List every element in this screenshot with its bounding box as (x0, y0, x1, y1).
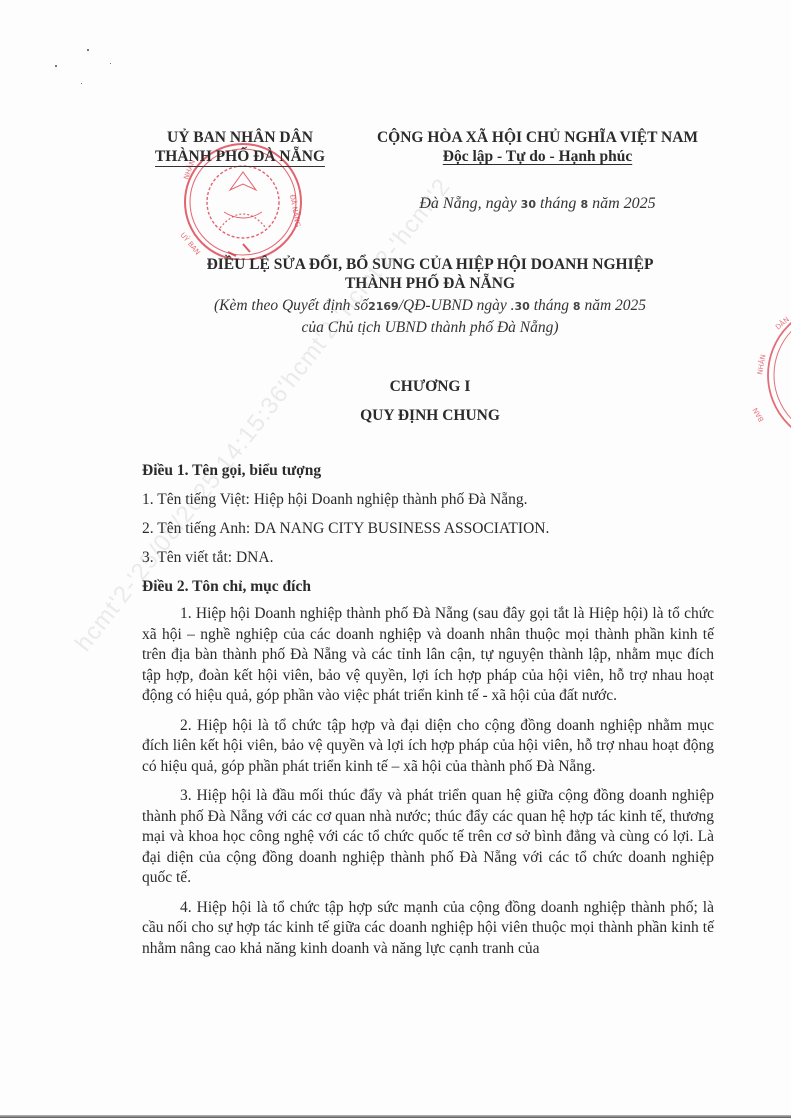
chapter-name: QUY ĐỊNH CHUNG (120, 401, 740, 430)
nation-name: CỘNG HÒA XÃ HỘI CHỦ NGHĨA VIỆT NAM (360, 128, 715, 147)
svg-text:UỶ BAN: UỶ BAN (178, 231, 202, 257)
document-page: UỶ BAN NHÂN ĐÀ NẴNG DÂN NHÂN BAN UỶ BAN … (0, 0, 791, 1118)
chapter-number: CHƯƠNG I (120, 372, 740, 401)
article-1-item: 2. Tên tiếng Anh: DA NANG CITY BUSINESS … (142, 518, 714, 540)
issuer-line-1: UỶ BAN NHÂN DÂN (140, 128, 340, 147)
handwritten-day: 30 (521, 198, 536, 211)
national-heading: CỘNG HÒA XÃ HỘI CHỦ NGHĨA VIỆT NAM Độc l… (360, 128, 715, 166)
document-date: Đà Nẵng, ngày 30 tháng 8 năm 2025 (360, 195, 715, 213)
document-subtitle: (Kèm theo Quyết định số2169/QĐ-UBND ngày… (120, 295, 740, 338)
issuer-line-2: THÀNH PHỐ ĐÀ NẴNG (155, 147, 325, 167)
article-2-paragraph: 1. Hiệp hội Doanh nghiệp thành phố Đà Nẵ… (142, 604, 714, 707)
document-title: ĐIỀU LỆ SỬA ĐỔI, BỔ SUNG CỦA HIỆP HỘI DO… (120, 255, 740, 293)
national-motto: Độc lập - Tự do - Hạnh phúc (443, 147, 632, 166)
handwritten-sub-month: 8 (573, 300, 581, 313)
article-1-heading: Điều 1. Tên gọi, biểu tượng (142, 460, 714, 482)
issuing-authority: UỶ BAN NHÂN DÂN THÀNH PHỐ ĐÀ NẴNG (140, 128, 340, 167)
chapter-heading: CHƯƠNG I QUY ĐỊNH CHUNG (120, 372, 740, 430)
article-2-heading: Điều 2. Tôn chỉ, mục đích (142, 576, 714, 598)
article-2-paragraph: 4. Hiệp hội là tổ chức tập hợp sức mạnh … (142, 898, 714, 960)
article-2-paragraph: 2. Hiệp hội là tổ chức tập hợp và đại di… (142, 716, 714, 778)
svg-text:BAN: BAN (751, 406, 765, 423)
article-1-item: 1. Tên tiếng Việt: Hiệp hội Doanh nghiệp… (142, 489, 714, 511)
handwritten-sub-day: 30 (515, 300, 530, 313)
document-body: Điều 1. Tên gọi, biểu tượng 1. Tên tiếng… (142, 460, 714, 968)
handwritten-decision-number: 2169 (368, 300, 399, 313)
handwritten-month: 8 (580, 198, 588, 211)
article-1-item: 3. Tên viết tắt: DNA. (142, 547, 714, 569)
article-2-paragraph: 3. Hiệp hội là đầu mối thúc đẩy và phát … (142, 786, 714, 889)
svg-text:NHÂN: NHÂN (755, 354, 767, 376)
svg-text:DÂN: DÂN (774, 315, 791, 332)
svg-text:ĐÀ NẴNG: ĐÀ NẴNG (288, 194, 304, 228)
right-page-seal: DÂN NHÂN BAN (748, 300, 791, 450)
